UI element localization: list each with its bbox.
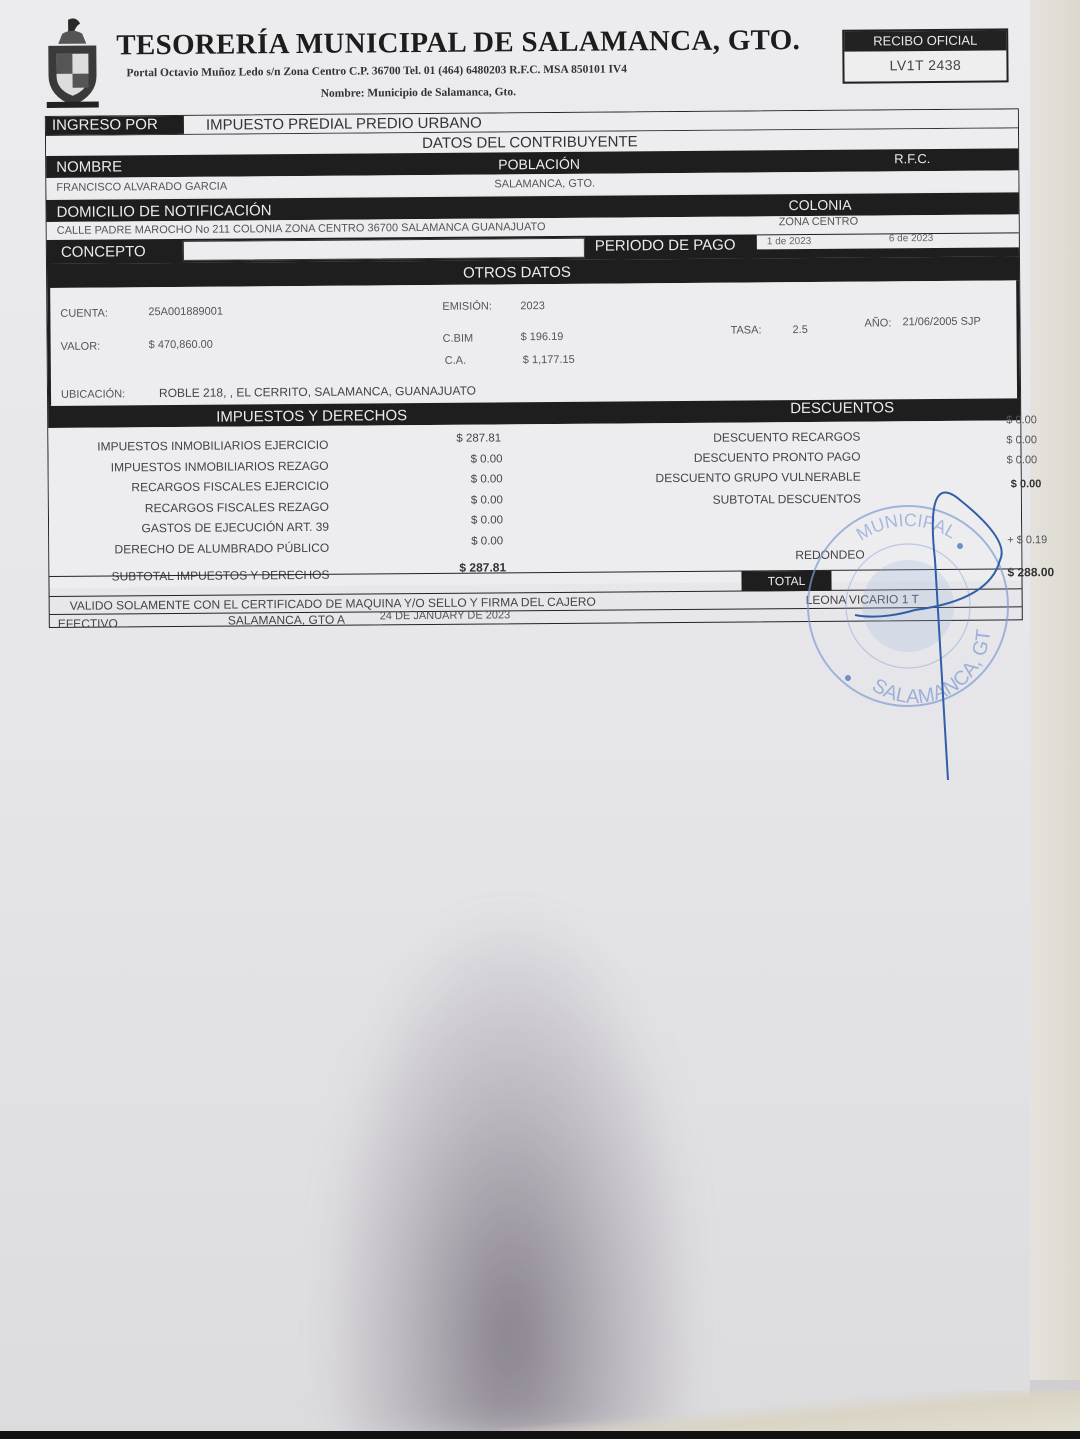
official-receipt-box: RECIBO OFICIAL LV1T 2438: [842, 28, 1008, 83]
lugar: SALAMANCA, GTO A: [228, 613, 345, 628]
valor-label: VALOR:: [61, 341, 101, 353]
descuento-label: DESCUENTO PRONTO PAGO: [648, 450, 860, 466]
nombre-value: FRANCISCO ALVARADO GARCIA: [56, 181, 227, 194]
receipt-label: RECIBO OFICIAL: [844, 30, 1006, 51]
periodo-hasta: 6 de 2023: [889, 233, 934, 244]
impuesto-label: DERECHO DE ALUMBRADO PÚBLICO: [69, 540, 329, 556]
receipt-number: LV1T 2438: [844, 50, 1006, 79]
municipal-crest-icon: [42, 16, 103, 111]
tasa-label: TASA:: [730, 324, 761, 336]
impuesto-label: IMPUESTOS INMOBILIARIOS REZAGO: [69, 458, 329, 474]
rfc-label: R.F.C.: [894, 151, 930, 166]
colonia-label: COLONIA: [788, 197, 851, 213]
periodo-desde: 1 de 2023: [767, 236, 812, 247]
domicilio-label: DOMICILIO DE NOTIFICACIÓN: [57, 202, 272, 221]
concepto-label: CONCEPTO: [61, 243, 146, 261]
impuesto-amount: $ 0.00: [471, 494, 503, 506]
impuesto-amount: $ 0.00: [471, 514, 503, 526]
domicilio-value: CALLE PADRE MAROCHO No 211 COLONIA ZONA …: [57, 221, 546, 237]
screen-bottom-edge: [0, 1431, 1080, 1439]
colonia-value: ZONA CENTRO: [779, 216, 859, 229]
nombre-label: NOMBRE: [56, 158, 122, 176]
tasa-value: 2.5: [792, 324, 807, 336]
descuento-amount: $ 0.00: [1007, 454, 1038, 466]
cbim-value: $ 196.19: [521, 331, 564, 343]
impuesto-amount: $ 0.00: [470, 453, 502, 465]
impuesto-label: IMPUESTOS INMOBILIARIOS EJERCICIO: [68, 438, 328, 454]
cbim-label: C.BIM: [443, 333, 474, 345]
impuesto-amount: $ 0.00: [471, 535, 503, 547]
fecha: 24 DE JANUARY DE 2023: [380, 609, 511, 622]
impuestos-title: IMPUESTOS Y DERECHOS: [216, 407, 407, 425]
impuesto-amount: $ 0.00: [471, 473, 503, 485]
hand-shadow: [330, 920, 690, 1439]
otros-datos-title: OTROS DATOS: [463, 264, 571, 282]
periodo-field: 1 de 2023 6 de 2023: [757, 233, 1019, 249]
emision-value: 2023: [520, 300, 545, 312]
descuento-amount: $ 0.00: [1006, 414, 1037, 426]
descuentos-title: DESCUENTOS: [790, 399, 894, 417]
impuesto-amount: $ 287.81: [456, 432, 501, 444]
treasury-title: TESORERÍA MUNICIPAL DE SALAMANCA, GTO.: [116, 24, 800, 62]
periodo-label: PERIODO DE PAGO: [595, 237, 736, 255]
anio-label: AÑO:: [864, 317, 891, 329]
impuesto-label: RECARGOS FISCALES REZAGO: [69, 499, 329, 515]
treasury-address: Portal Octavio Muñoz Ledo s/n Zona Centr…: [126, 63, 627, 79]
poblacion-label: POBLACIÓN: [498, 156, 580, 173]
ingreso-value: IMPUESTO PREDIAL PREDIO URBANO: [206, 115, 482, 134]
treasury-name-line: Nombre: Municipio de Salamanca, Gto.: [321, 86, 516, 100]
otros-datos-panel: CUENTA: 25A001889001 VALOR: $ 470,860.00…: [47, 280, 1020, 406]
descuento-label: DESCUENTO GRUPO VULNERABLE: [649, 470, 861, 486]
impuesto-label: RECARGOS FISCALES EJERCICIO: [69, 479, 329, 495]
concepto-field: [183, 238, 585, 261]
impuesto-label: GASTOS DE EJECUCIÓN ART. 39: [69, 520, 329, 536]
ca-label: C.A.: [445, 355, 466, 367]
forma-pago: EFECTIVO: [58, 616, 118, 630]
ca-value: $ 1,177.15: [523, 354, 575, 366]
poblacion-value: SALAMANCA, GTO.: [494, 178, 595, 191]
anio-value: 21/06/2005 SJP: [902, 316, 980, 329]
paper-fold: [500, 1391, 1080, 1431]
descuento-amount: $ 0.00: [1006, 434, 1037, 446]
ubicacion-label: UBICACIÓN:: [61, 388, 125, 401]
emision-label: EMISIÓN:: [442, 300, 492, 312]
municipal-seal-stamp: MUNICIPAL SALAMANCA, GTO.: [800, 498, 1016, 714]
descuento-label: DESCUENTO RECARGOS: [648, 430, 860, 446]
ingreso-label: INGRESO POR: [46, 116, 184, 135]
cuenta-value: 25A001889001: [148, 306, 223, 319]
valor-value: $ 470,860.00: [149, 339, 213, 352]
contribuyente-title: DATOS DEL CONTRIBUYENTE: [422, 133, 638, 152]
descuentos-subtotal-value: $ 0.00: [1011, 478, 1042, 490]
ubicacion-value: ROBLE 218, , EL CERRITO, SALAMANCA, GUAN…: [159, 384, 476, 400]
cuenta-label: CUENTA:: [60, 307, 108, 319]
